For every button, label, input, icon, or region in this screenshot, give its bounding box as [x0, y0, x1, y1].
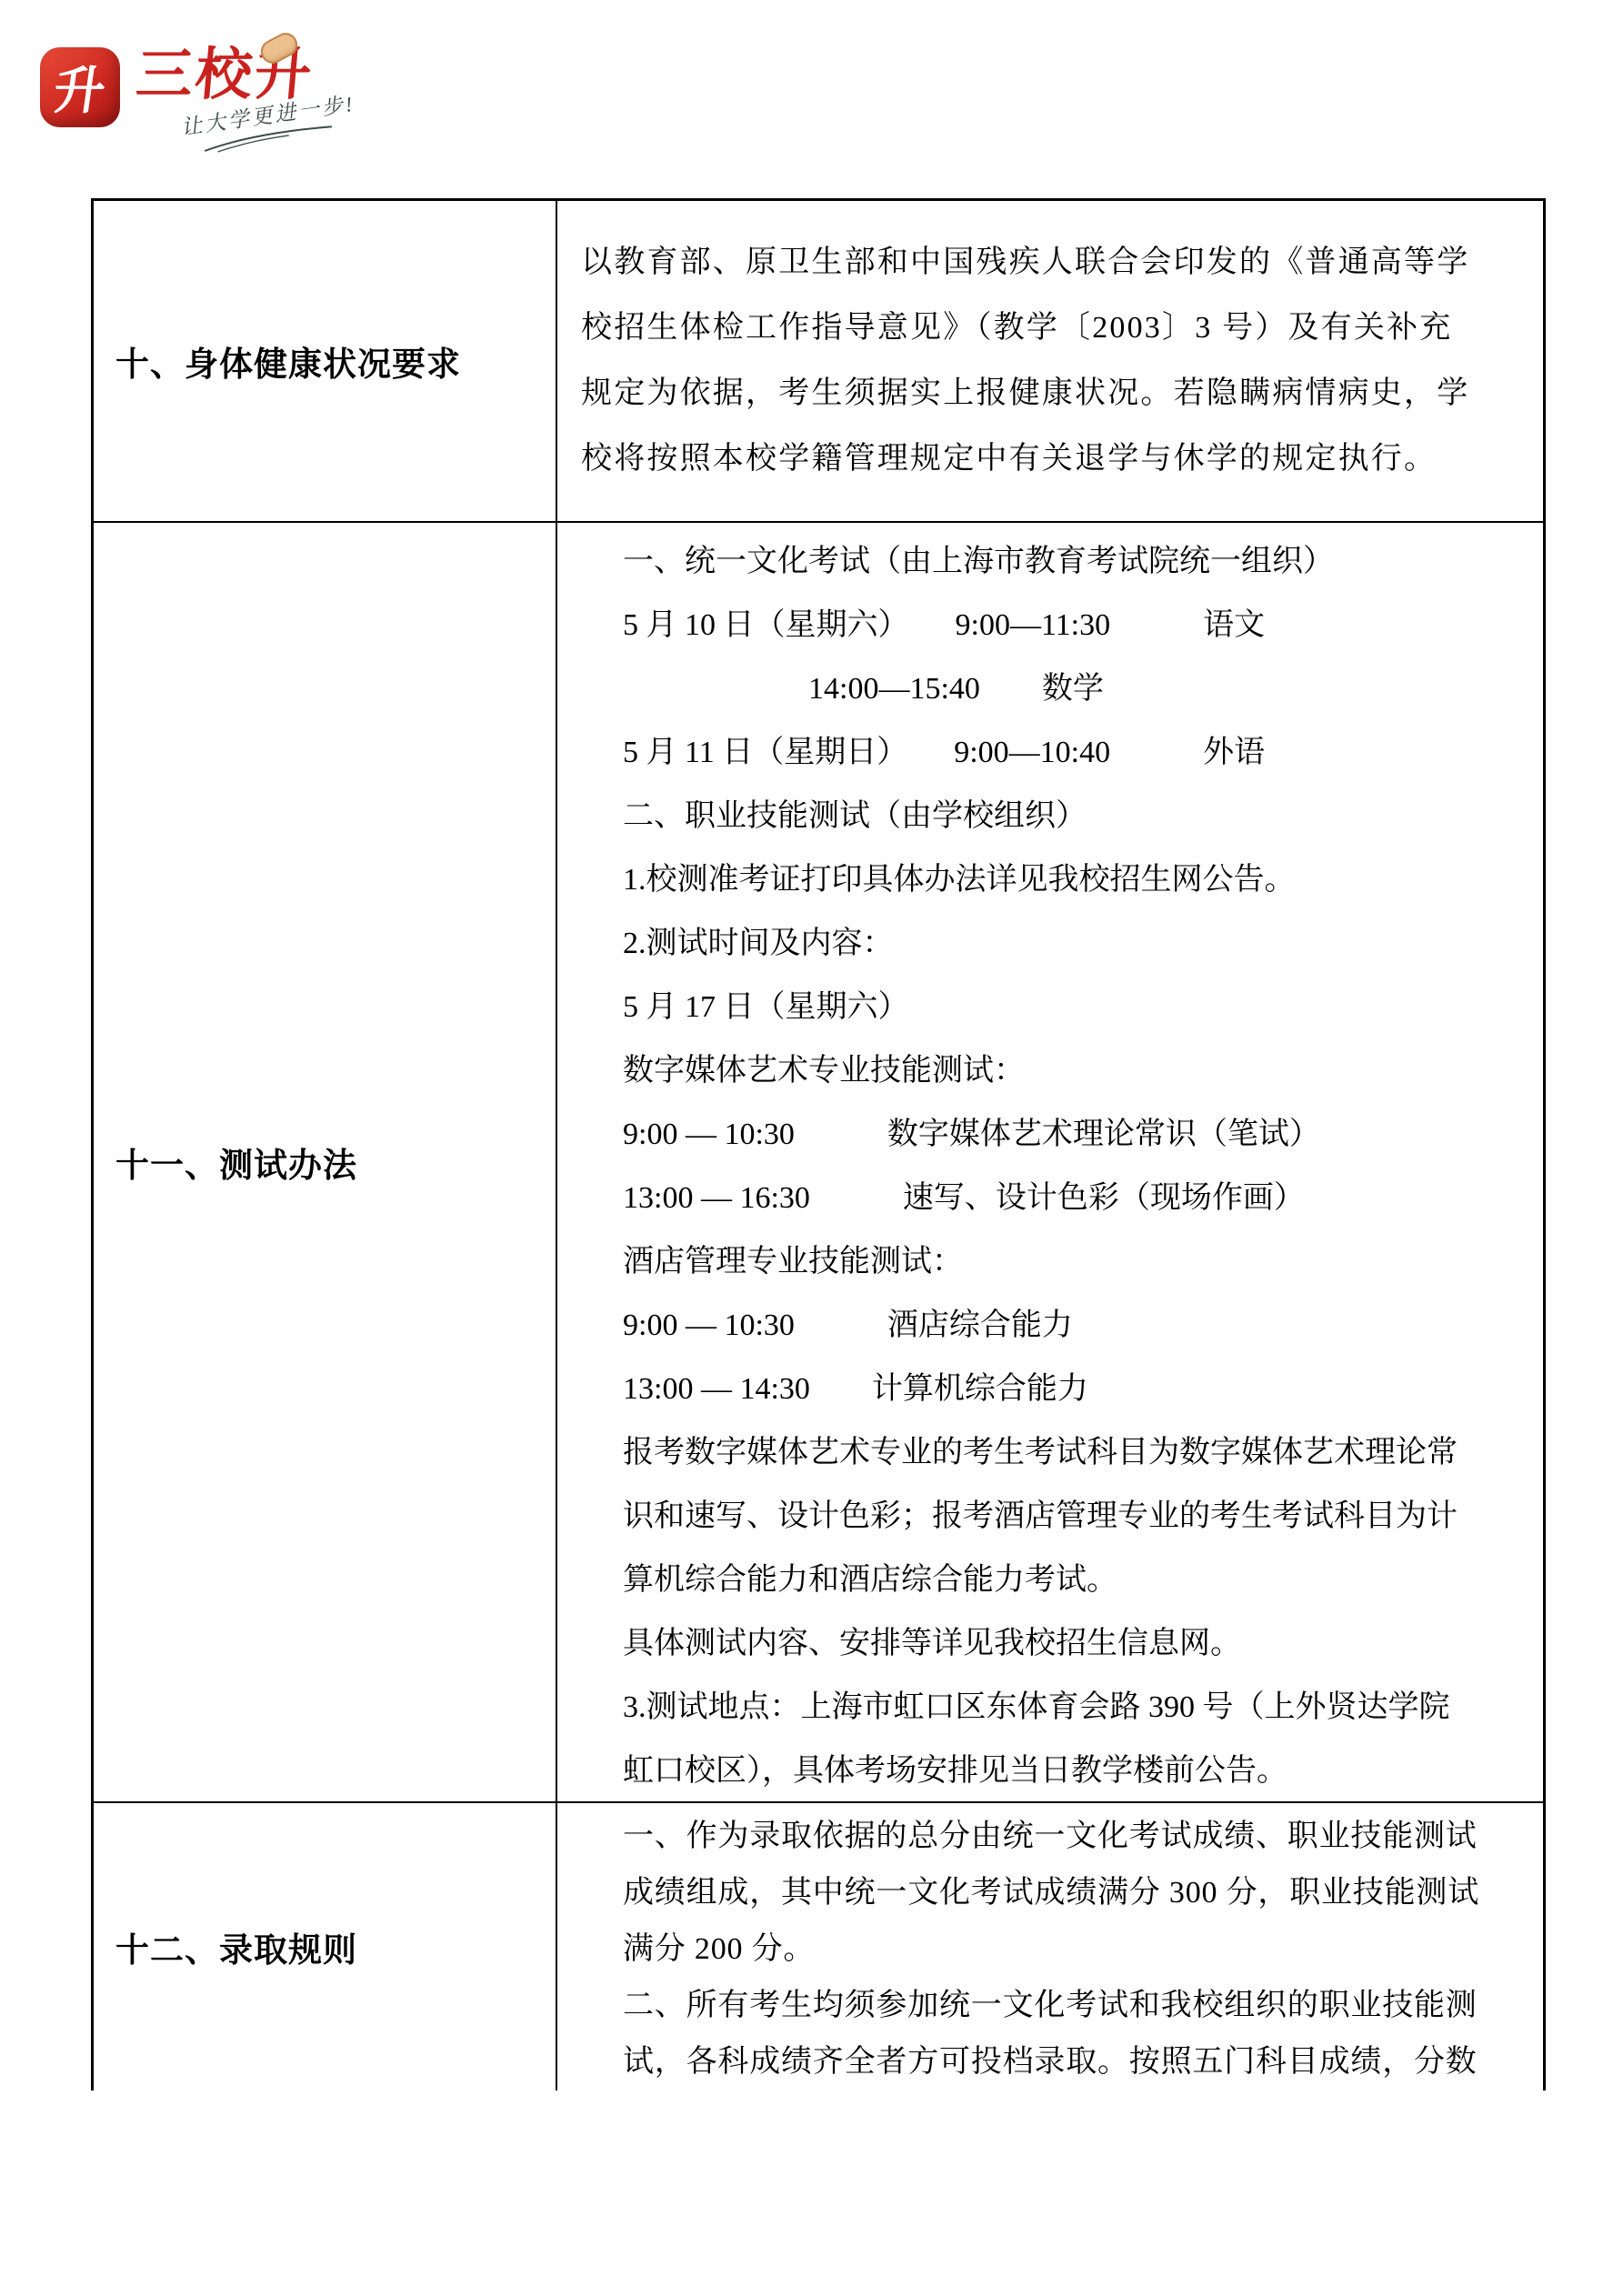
text-line: 规定为依据，考生须据实上报健康状况。若隐瞒病情病史，学: [581, 361, 1519, 426]
brand-app-icon: 升: [40, 47, 120, 127]
text-line: 报考数字媒体艺术专业的考生考试科目为数字媒体艺术理论常: [623, 1421, 1519, 1485]
row-header-admission-rules: 十二、录取规则: [94, 1803, 557, 2090]
text-line: 2.测试时间及内容：: [623, 912, 1519, 976]
text-line: 酒店管理专业技能测试：: [623, 1230, 1519, 1294]
row-content-admission-rules: 一、作为录取依据的总分由统一文化考试成绩、职业技能测试成绩组成，其中统一文化考试…: [557, 1803, 1543, 2090]
row-content-health-requirements: 以教育部、原卫生部和中国残疾人联合会印发的《普通高等学校招生体检工作指导意见》（…: [557, 201, 1543, 521]
text-line: 13:00 — 16:30 速写、设计色彩（现场作画）: [623, 1167, 1519, 1230]
table-row-health-requirements: 十、身体健康状况要求 以教育部、原卫生部和中国残疾人联合会印发的《普通高等学校招…: [94, 201, 1543, 523]
text-line: 3.测试地点：上海市虹口区东体育会路 390 号（上外贤达学院: [623, 1676, 1519, 1740]
text-line: 13:00 — 14:30 计算机综合能力: [623, 1358, 1519, 1421]
text-line: 二、职业技能测试（由学校组织）: [623, 785, 1519, 848]
text-line: 9:00 — 10:30 数字媒体艺术理论常识（笔试）: [623, 1103, 1519, 1167]
text-line: 14:00—15:40 数学: [623, 657, 1519, 721]
row-header-test-methods: 十一、测试办法: [94, 523, 557, 1801]
brand-logo: 升 三校升 让大学更进一步!: [40, 40, 422, 158]
brand-icon-character: 升: [49, 51, 110, 124]
row-content-test-methods: 一、统一文化考试（由上海市教育考试院统一组织）5 月 10 日（星期六） 9:0…: [557, 523, 1543, 1801]
text-line: 二、所有考生均须参加统一文化考试和我校组织的职业技能测: [623, 1978, 1519, 2034]
text-line: 成绩组成，其中统一文化考试成绩满分 300 分，职业技能测试: [623, 1865, 1519, 1921]
text-line: 一、作为录取依据的总分由统一文化考试成绩、职业技能测试: [623, 1809, 1519, 1865]
table-row-test-methods: 十一、测试办法 一、统一文化考试（由上海市教育考试院统一组织）5 月 10 日（…: [94, 523, 1543, 1803]
text-line: 5 月 11 日（星期日） 9:00—10:40 外语: [623, 721, 1519, 785]
text-line: 5 月 10 日（星期六） 9:00—11:30 语文: [623, 594, 1519, 657]
text-line: 5 月 17 日（星期六）: [623, 976, 1519, 1039]
admissions-info-table: 十、身体健康状况要求 以教育部、原卫生部和中国残疾人联合会印发的《普通高等学校招…: [91, 198, 1546, 2090]
text-line: 满分 200 分。: [623, 1921, 1519, 1978]
text-line: 数字媒体艺术专业技能测试：: [623, 1039, 1519, 1103]
text-line: 9:00 — 10:30 酒店综合能力: [623, 1294, 1519, 1358]
text-line: 算机综合能力和酒店综合能力考试。: [623, 1549, 1519, 1612]
text-line: 校招生体检工作指导意见》（教学〔2003〕3 号）及有关补充: [581, 296, 1519, 361]
text-line: 识和速写、设计色彩；报考酒店管理专业的考生考试科目为计: [623, 1485, 1519, 1549]
document-page: 升 三校升 让大学更进一步! 十、身体健康状况要求 以教育部、原卫生部和中国残疾…: [0, 0, 1623, 2296]
text-line: 一、统一文化考试（由上海市教育考试院统一组织）: [623, 530, 1519, 594]
text-line: 虹口校区），具体考场安排见当日教学楼前公告。: [623, 1740, 1519, 1803]
text-line: 校将按照本校学籍管理规定中有关退学与休学的规定执行。: [581, 426, 1519, 492]
table-row-admission-rules: 十二、录取规则 一、作为录取依据的总分由统一文化考试成绩、职业技能测试成绩组成，…: [94, 1803, 1543, 2090]
text-line: 以教育部、原卫生部和中国残疾人联合会印发的《普通高等学: [581, 230, 1519, 296]
text-line: 1.校测准考证打印具体办法详见我校招生网公告。: [623, 848, 1519, 912]
text-line: 试，各科成绩齐全者方可投档录取。按照五门科目成绩，分数: [623, 2034, 1519, 2090]
row-header-health-requirements: 十、身体健康状况要求: [94, 201, 557, 521]
text-line: 具体测试内容、安排等详见我校招生信息网。: [623, 1612, 1519, 1676]
